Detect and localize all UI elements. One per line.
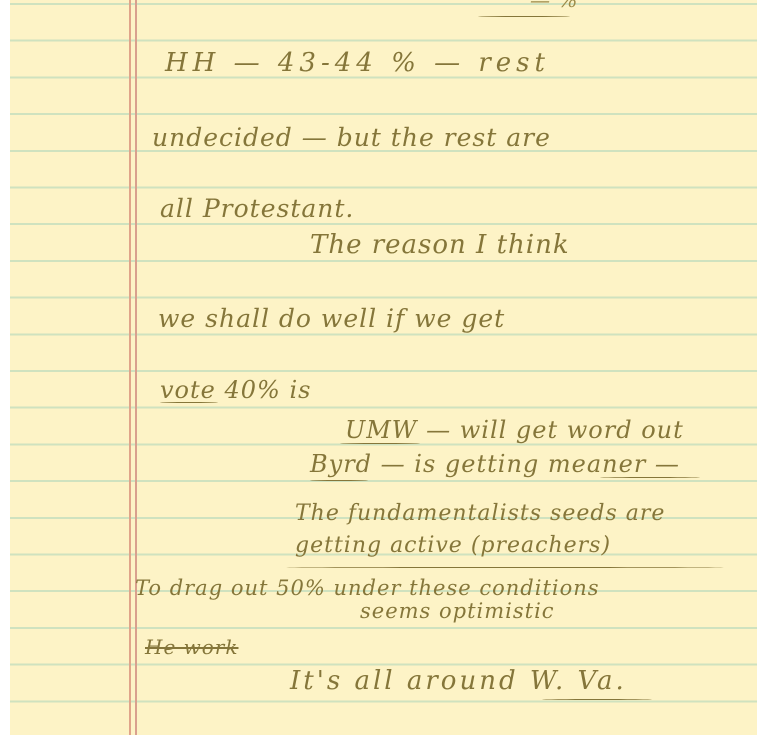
- underline-fragment-top: [478, 16, 570, 17]
- legal-pad-page: — % HH — 43-44 % — rest undecided — but …: [10, 0, 757, 735]
- handwritten-line-10: getting active (preachers): [295, 535, 611, 557]
- underline-vote: [160, 402, 218, 403]
- handwritten-fragment-top: — %: [530, 0, 578, 10]
- underline-byrd: [310, 480, 368, 481]
- handwritten-line-1: HH — 43-44 % — rest: [165, 50, 550, 76]
- margin-line-right: [135, 0, 137, 735]
- underline-meaner: [600, 477, 700, 478]
- handwritten-line-9: The fundamentalists seeds are: [295, 503, 665, 525]
- handwritten-line-6: vote 40% is: [160, 378, 311, 402]
- handwritten-line-8: Byrd — is getting meaner —: [310, 452, 680, 476]
- margin-line-left: [129, 0, 131, 735]
- handwritten-line-2: undecided — but the rest are: [152, 125, 551, 150]
- handwritten-line-13-struck-text: He work: [145, 637, 238, 657]
- handwritten-line-14: It's all around W. Va.: [290, 668, 627, 694]
- handwritten-line-5: we shall do well if we get: [158, 306, 505, 331]
- handwritten-line-11: To drag out 50% under these conditions: [135, 578, 600, 599]
- handwritten-line-7: UMW — will get word out: [345, 418, 684, 442]
- underline-wva: [542, 699, 652, 700]
- underline-umw: [340, 443, 420, 444]
- handwritten-line-3: all Protestant.: [160, 196, 354, 221]
- handwritten-line-12: seems optimistic: [360, 601, 555, 622]
- underline-getting-active: [285, 567, 725, 568]
- handwritten-line-4: The reason I think: [310, 232, 570, 258]
